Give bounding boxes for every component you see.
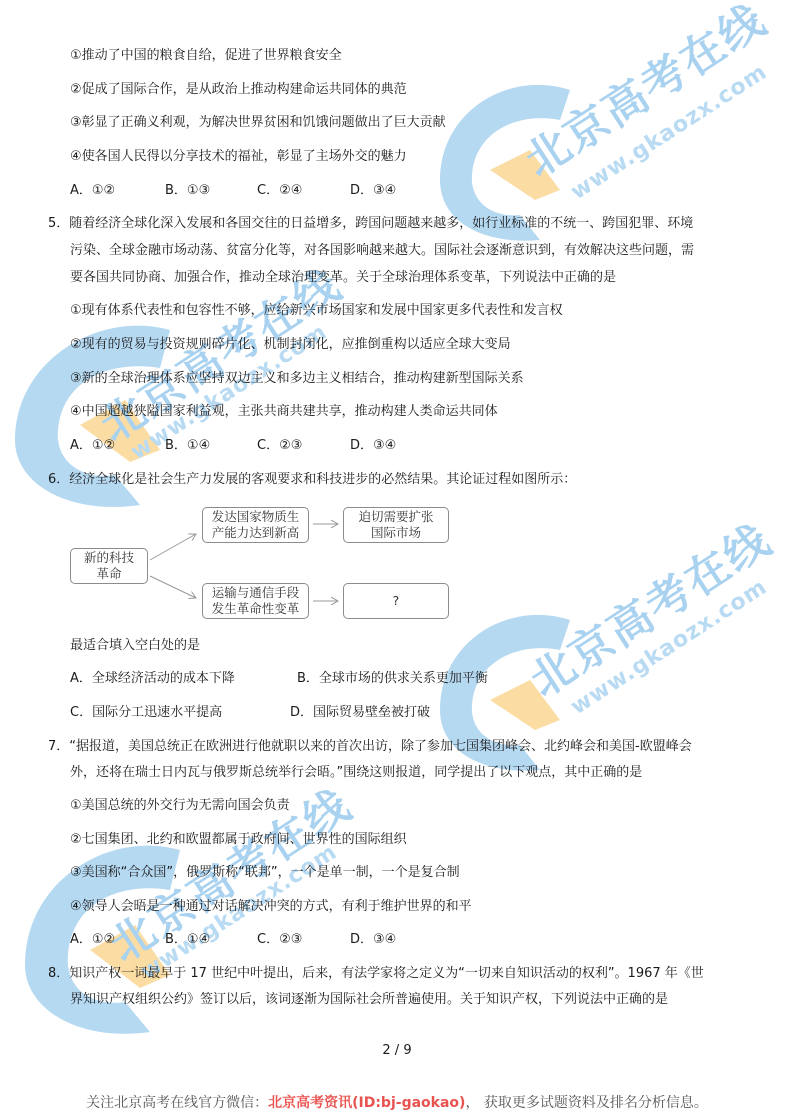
- q7-statement-2: ②七国集团、北约和欧盟都属于政府间、世界性的国际组织: [70, 832, 407, 848]
- q4-statement-4: ④使各国人民得以分享技术的福祉，彰显了主场外交的魅力: [70, 149, 407, 165]
- option-d[interactable]: D．③④: [350, 183, 396, 199]
- option-d[interactable]: D．③④: [350, 438, 396, 454]
- option-a[interactable]: A．①②: [70, 438, 165, 454]
- option-c[interactable]: C．②③: [257, 932, 350, 948]
- q6-flow-diagram: 新的科技 革命 发达国家物质生 产能力达到新高 迫切需要扩张 国际市场 运输与通…: [60, 498, 460, 626]
- option-b[interactable]: B．①④: [165, 932, 257, 948]
- q6-prompt: 最适合填入空白处的是: [70, 638, 200, 654]
- q5-stem-line-1: 5．随着经济全球化深入发展和各国交往的日益增多，跨国问题越来越多，如行业标准的不…: [48, 216, 693, 232]
- q8-stem-line-1: 8．知识产权一词最早于 17 世纪中叶提出，后来，有法学家将之定义为“一切来自知…: [48, 966, 704, 982]
- q5-options: A．①②B．①④C．②③D．③④: [70, 438, 396, 454]
- option-c[interactable]: C．②④: [257, 183, 350, 199]
- q7-options: A．①②B．①④C．②③D．③④: [70, 932, 396, 948]
- q5-statement-2: ②现有的贸易与投资规则碎片化、机制封闭化，应推倒重构以适应全球大变局: [70, 337, 511, 353]
- q5-statement-4: ④中国超越狭隘国家利益观，主张共商共建共享，推动构建人类命运共同体: [70, 404, 498, 420]
- option-c[interactable]: C．②③: [257, 438, 350, 454]
- q7-statement-1: ①美国总统的外交行为无需向国会负责: [70, 798, 290, 814]
- q6-stem: 6．经济全球化是社会生产力发展的客观要求和科技进步的必然结果。其论证过程如图所示…: [48, 472, 576, 488]
- footer-suffix: ， 获取更多试题资料及排名分析信息。: [465, 1095, 707, 1111]
- diagram-box-top-mid: 发达国家物质生 产能力达到新高: [202, 507, 309, 543]
- q8-stem-line-2: 界知识产权组织公约》签订以后，该词逐渐为国际社会所普遍使用。关于知识产权，下列说…: [70, 992, 668, 1008]
- q4-options: A．①②B．①③C．②④D．③④: [70, 183, 396, 199]
- q5-stem-line-2: 污染、全球金融市场动荡、贫富分化等，对各国影响越来越大。国际社会逐渐意识到，有效…: [70, 243, 694, 259]
- q4-statement-3: ③彰显了正确义利观，为解决世界贫困和饥饿问题做出了巨大贡献: [70, 115, 446, 131]
- diagram-box-bottom-mid: 运输与通信手段 发生革命性变革: [202, 583, 309, 619]
- diagram-box-root: 新的科技 革命: [70, 548, 148, 584]
- q7-stem-line-2: 外，还将在瑞士日内瓦与俄罗斯总统举行会晤。”围绕这则报道，同学提出了以下观点，其…: [70, 765, 642, 781]
- q5-statement-3: ③新的全球治理体系应坚持双边主义和多边主义相结合，推动构建新型国际关系: [70, 371, 524, 387]
- exam-page: ①推动了中国的粮食自给，促进了世界粮食安全 ②促成了国际合作，是从政治上推动构建…: [0, 0, 794, 1111]
- option-b[interactable]: B．①④: [165, 438, 257, 454]
- diagram-box-blank: ?: [343, 583, 449, 619]
- option-a[interactable]: A．①②: [70, 932, 165, 948]
- footer-banner: 关注北京高考在线官方微信：北京高考资讯(ID:bj-gaokao)， 获取更多试…: [0, 1092, 794, 1111]
- diagram-box-top-right: 迫切需要扩张 国际市场: [343, 507, 449, 543]
- q6-option-b[interactable]: B．全球市场的供求关系更加平衡: [297, 671, 488, 687]
- q7-stem-line-1: 7．“据报道，美国总统正在欧洲进行他就职以来的首次出访，除了参加七国集团峰会、北…: [48, 739, 692, 755]
- q4-statement-2: ②促成了国际合作，是从政治上推动构建命运共同体的典范: [70, 82, 407, 98]
- q7-statement-3: ③美国称“合众国”，俄罗斯称“联邦”，一个是单一制，一个是复合制: [70, 865, 460, 881]
- q6-option-c[interactable]: C．国际分工迅速水平提高: [70, 705, 222, 721]
- q5-stem-line-3: 要各国共同协商、加强合作，推动全球治理变革。关于全球治理体系变革，下列说法中正确…: [70, 270, 616, 286]
- page-number: 2 / 9: [0, 1043, 794, 1058]
- option-d[interactable]: D．③④: [350, 932, 396, 948]
- q6-option-d[interactable]: D．国际贸易壁垒被打破: [290, 705, 430, 721]
- option-a[interactable]: A．①②: [70, 183, 165, 199]
- option-b[interactable]: B．①③: [165, 183, 257, 199]
- footer-prefix: 关注北京高考在线官方微信：: [86, 1095, 268, 1111]
- q4-statement-1: ①推动了中国的粮食自给，促进了世界粮食安全: [70, 48, 342, 64]
- q6-option-a[interactable]: A．全球经济活动的成本下降: [70, 671, 235, 687]
- q5-statement-1: ①现有体系代表性和包容性不够，应给新兴市场国家和发展中国家更多代表性和发言权: [70, 303, 563, 319]
- q7-statement-4: ④领导人会晤是一种通过对话解决冲突的方式，有利于维护世界的和平: [70, 899, 472, 915]
- footer-wechat-link[interactable]: 北京高考资讯(ID:bj-gaokao): [268, 1095, 465, 1111]
